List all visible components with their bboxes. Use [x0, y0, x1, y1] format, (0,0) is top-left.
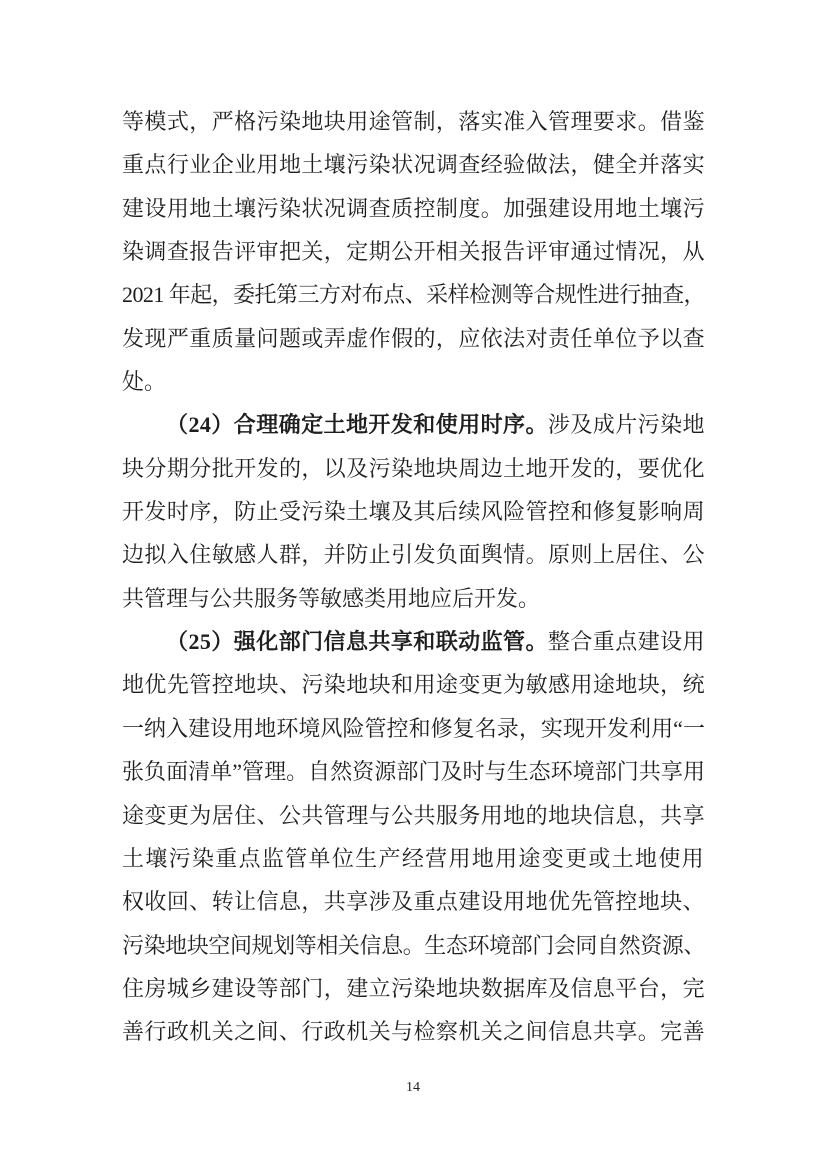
text-line-content: 处。: [122, 360, 166, 403]
body-text-segment: 共管理与公共服务等敏感类用地应后开发。: [122, 586, 540, 611]
text-line-content: 地优先管控地块、污染地块和用途变更为敏感用途地块，统: [122, 663, 705, 706]
body-text-segment: 住房城乡建设等部门，建立污染地块数据库及信息平台，完: [122, 976, 705, 1001]
body-text-segment: 途变更为居住、公共管理与公共服务用地的地块信息，共享: [122, 803, 705, 828]
body-text-segment: 边拟入住敏感人群，并防止引发负面舆情。原则上居住、公: [122, 542, 705, 567]
body-text-segment: 发现严重质量问题或弄虚作假的，应依法对责任单位予以查: [122, 326, 705, 351]
text-line-content: 权收回、转让信息，共享涉及重点建设用地优先管控地块、: [122, 880, 705, 923]
text-line: 块分期分批开发的，以及污染地块周边土地开发的，要优化: [122, 447, 705, 490]
text-line: 等模式，严格污染地块用途管制，落实准入管理要求。借鉴: [122, 100, 705, 143]
text-line-content: 张负面清单”管理。自然资源部门及时与生态环境部门共享用: [122, 750, 705, 793]
text-line-content: 染调查报告评审把关，定期公开相关报告评审通过情况，从: [122, 230, 705, 273]
text-line: 2021 年起，委托第三方对布点、采样检测等合规性进行抽查，: [122, 273, 705, 316]
text-line: 处。: [122, 360, 705, 403]
body-text-segment: 等模式，严格污染地块用途管制，落实准入管理要求。借鉴: [122, 109, 705, 134]
section-heading-text: （24）合理确定土地开发和使用时序。: [166, 412, 548, 437]
body-text-segment: 污染地块空间规划等相关信息。生态环境部门会同自然资源、: [122, 933, 705, 958]
text-line: 善行政机关之间、行政机关与检察机关之间信息共享。完善: [122, 1010, 705, 1053]
text-line-content: 途变更为居住、公共管理与公共服务用地的地块信息，共享: [122, 794, 705, 837]
body-text-segment: 土壤污染重点监管单位生产经营用地用途变更或土地使用: [122, 846, 705, 871]
text-line: （24）合理确定土地开发和使用时序。涉及成片污染地: [122, 403, 705, 446]
body-text-block: 等模式，严格污染地块用途管制，落实准入管理要求。借鉴重点行业企业用地土壤污染状况…: [122, 100, 705, 1054]
text-line-content: 等模式，严格污染地块用途管制，落实准入管理要求。借鉴: [122, 100, 705, 143]
text-line-content: 2021 年起，委托第三方对布点、采样检测等合规性进行抽查，: [122, 273, 705, 316]
text-line-content: （25）强化部门信息共享和联动监管。整合重点建设用: [166, 620, 705, 663]
text-line-content: 善行政机关之间、行政机关与检察机关之间信息共享。完善: [122, 1010, 705, 1053]
text-line: 地优先管控地块、污染地块和用途变更为敏感用途地块，统: [122, 663, 705, 706]
text-line: 土壤污染重点监管单位生产经营用地用途变更或土地使用: [122, 837, 705, 880]
text-line-content: （24）合理确定土地开发和使用时序。涉及成片污染地: [166, 403, 705, 446]
text-line: 张负面清单”管理。自然资源部门及时与生态环境部门共享用: [122, 750, 705, 793]
page-footer: 14: [0, 1079, 826, 1097]
body-text-segment: 涉及成片污染地: [548, 412, 705, 437]
body-text-segment: 善行政机关之间、行政机关与检察机关之间信息共享。完善: [122, 1019, 705, 1044]
body-text-segment: 地优先管控地块、污染地块和用途变更为敏感用途地块，统: [122, 672, 705, 697]
text-line: 重点行业企业用地土壤污染状况调查经验做法，健全并落实: [122, 143, 705, 186]
text-line-content: 一纳入建设用地环境风险管控和修复名录，实现开发利用“一: [122, 707, 705, 750]
text-line: 途变更为居住、公共管理与公共服务用地的地块信息，共享: [122, 794, 705, 837]
text-line: 共管理与公共服务等敏感类用地应后开发。: [122, 577, 705, 620]
text-line: 建设用地土壤污染状况调查质控制度。加强建设用地土壤污: [122, 187, 705, 230]
body-text-segment: 整合重点建设用: [548, 629, 705, 654]
body-text-segment: 张负面清单”管理。自然资源部门及时与生态环境部门共享用: [122, 759, 705, 784]
body-text-segment: 染调查报告评审把关，定期公开相关报告评审通过情况，从: [122, 239, 705, 264]
body-text-segment: 一纳入建设用地环境风险管控和修复名录，实现开发利用“一: [122, 716, 705, 741]
text-line-content: 住房城乡建设等部门，建立污染地块数据库及信息平台，完: [122, 967, 705, 1010]
text-line-content: 污染地块空间规划等相关信息。生态环境部门会同自然资源、: [122, 924, 705, 967]
text-line-content: 发现严重质量问题或弄虚作假的，应依法对责任单位予以查: [122, 317, 705, 360]
paragraph: （24）合理确定土地开发和使用时序。涉及成片污染地块分期分批开发的，以及污染地块…: [122, 403, 705, 620]
text-line-content: 建设用地土壤污染状况调查质控制度。加强建设用地土壤污: [122, 187, 705, 230]
text-line-content: 土壤污染重点监管单位生产经营用地用途变更或土地使用: [122, 837, 705, 880]
body-text-segment: 处。: [122, 369, 166, 394]
body-text-segment: 权收回、转让信息，共享涉及重点建设用地优先管控地块、: [122, 889, 705, 914]
text-line: 权收回、转让信息，共享涉及重点建设用地优先管控地块、: [122, 880, 705, 923]
text-line: 发现严重质量问题或弄虚作假的，应依法对责任单位予以查: [122, 317, 705, 360]
text-line: 住房城乡建设等部门，建立污染地块数据库及信息平台，完: [122, 967, 705, 1010]
text-line-content: 块分期分批开发的，以及污染地块周边土地开发的，要优化: [122, 447, 705, 490]
text-line-content: 边拟入住敏感人群，并防止引发负面舆情。原则上居住、公: [122, 533, 705, 576]
body-text-segment: 重点行业企业用地土壤污染状况调查经验做法，健全并落实: [122, 152, 705, 177]
body-text-segment: 开发时序，防止受污染土壤及其后续风险管控和修复影响周: [122, 499, 705, 524]
paragraph: （25）强化部门信息共享和联动监管。整合重点建设用地优先管控地块、污染地块和用途…: [122, 620, 705, 1053]
text-line: 污染地块空间规划等相关信息。生态环境部门会同自然资源、: [122, 924, 705, 967]
text-line: 一纳入建设用地环境风险管控和修复名录，实现开发利用“一: [122, 707, 705, 750]
text-line: 开发时序，防止受污染土壤及其后续风险管控和修复影响周: [122, 490, 705, 533]
body-text-segment: 建设用地土壤污染状况调查质控制度。加强建设用地土壤污: [122, 196, 705, 221]
text-line-content: 重点行业企业用地土壤污染状况调查经验做法，健全并落实: [122, 143, 705, 186]
text-line: （25）强化部门信息共享和联动监管。整合重点建设用: [122, 620, 705, 663]
text-line-content: 共管理与公共服务等敏感类用地应后开发。: [122, 577, 540, 620]
paragraph: 等模式，严格污染地块用途管制，落实准入管理要求。借鉴重点行业企业用地土壤污染状况…: [122, 100, 705, 403]
body-text-segment: 块分期分批开发的，以及污染地块周边土地开发的，要优化: [122, 456, 705, 481]
text-line: 边拟入住敏感人群，并防止引发负面舆情。原则上居住、公: [122, 533, 705, 576]
document-page: 等模式，严格污染地块用途管制，落实准入管理要求。借鉴重点行业企业用地土壤污染状况…: [0, 0, 826, 1169]
section-heading-text: （25）强化部门信息共享和联动监管。: [166, 629, 548, 654]
text-line: 染调查报告评审把关，定期公开相关报告评审通过情况，从: [122, 230, 705, 273]
text-line-content: 开发时序，防止受污染土壤及其后续风险管控和修复影响周: [122, 490, 705, 533]
body-text-segment: 2021 年起，委托第三方对布点、采样检测等合规性进行抽查，: [122, 282, 705, 307]
page-number: 14: [406, 1080, 420, 1095]
